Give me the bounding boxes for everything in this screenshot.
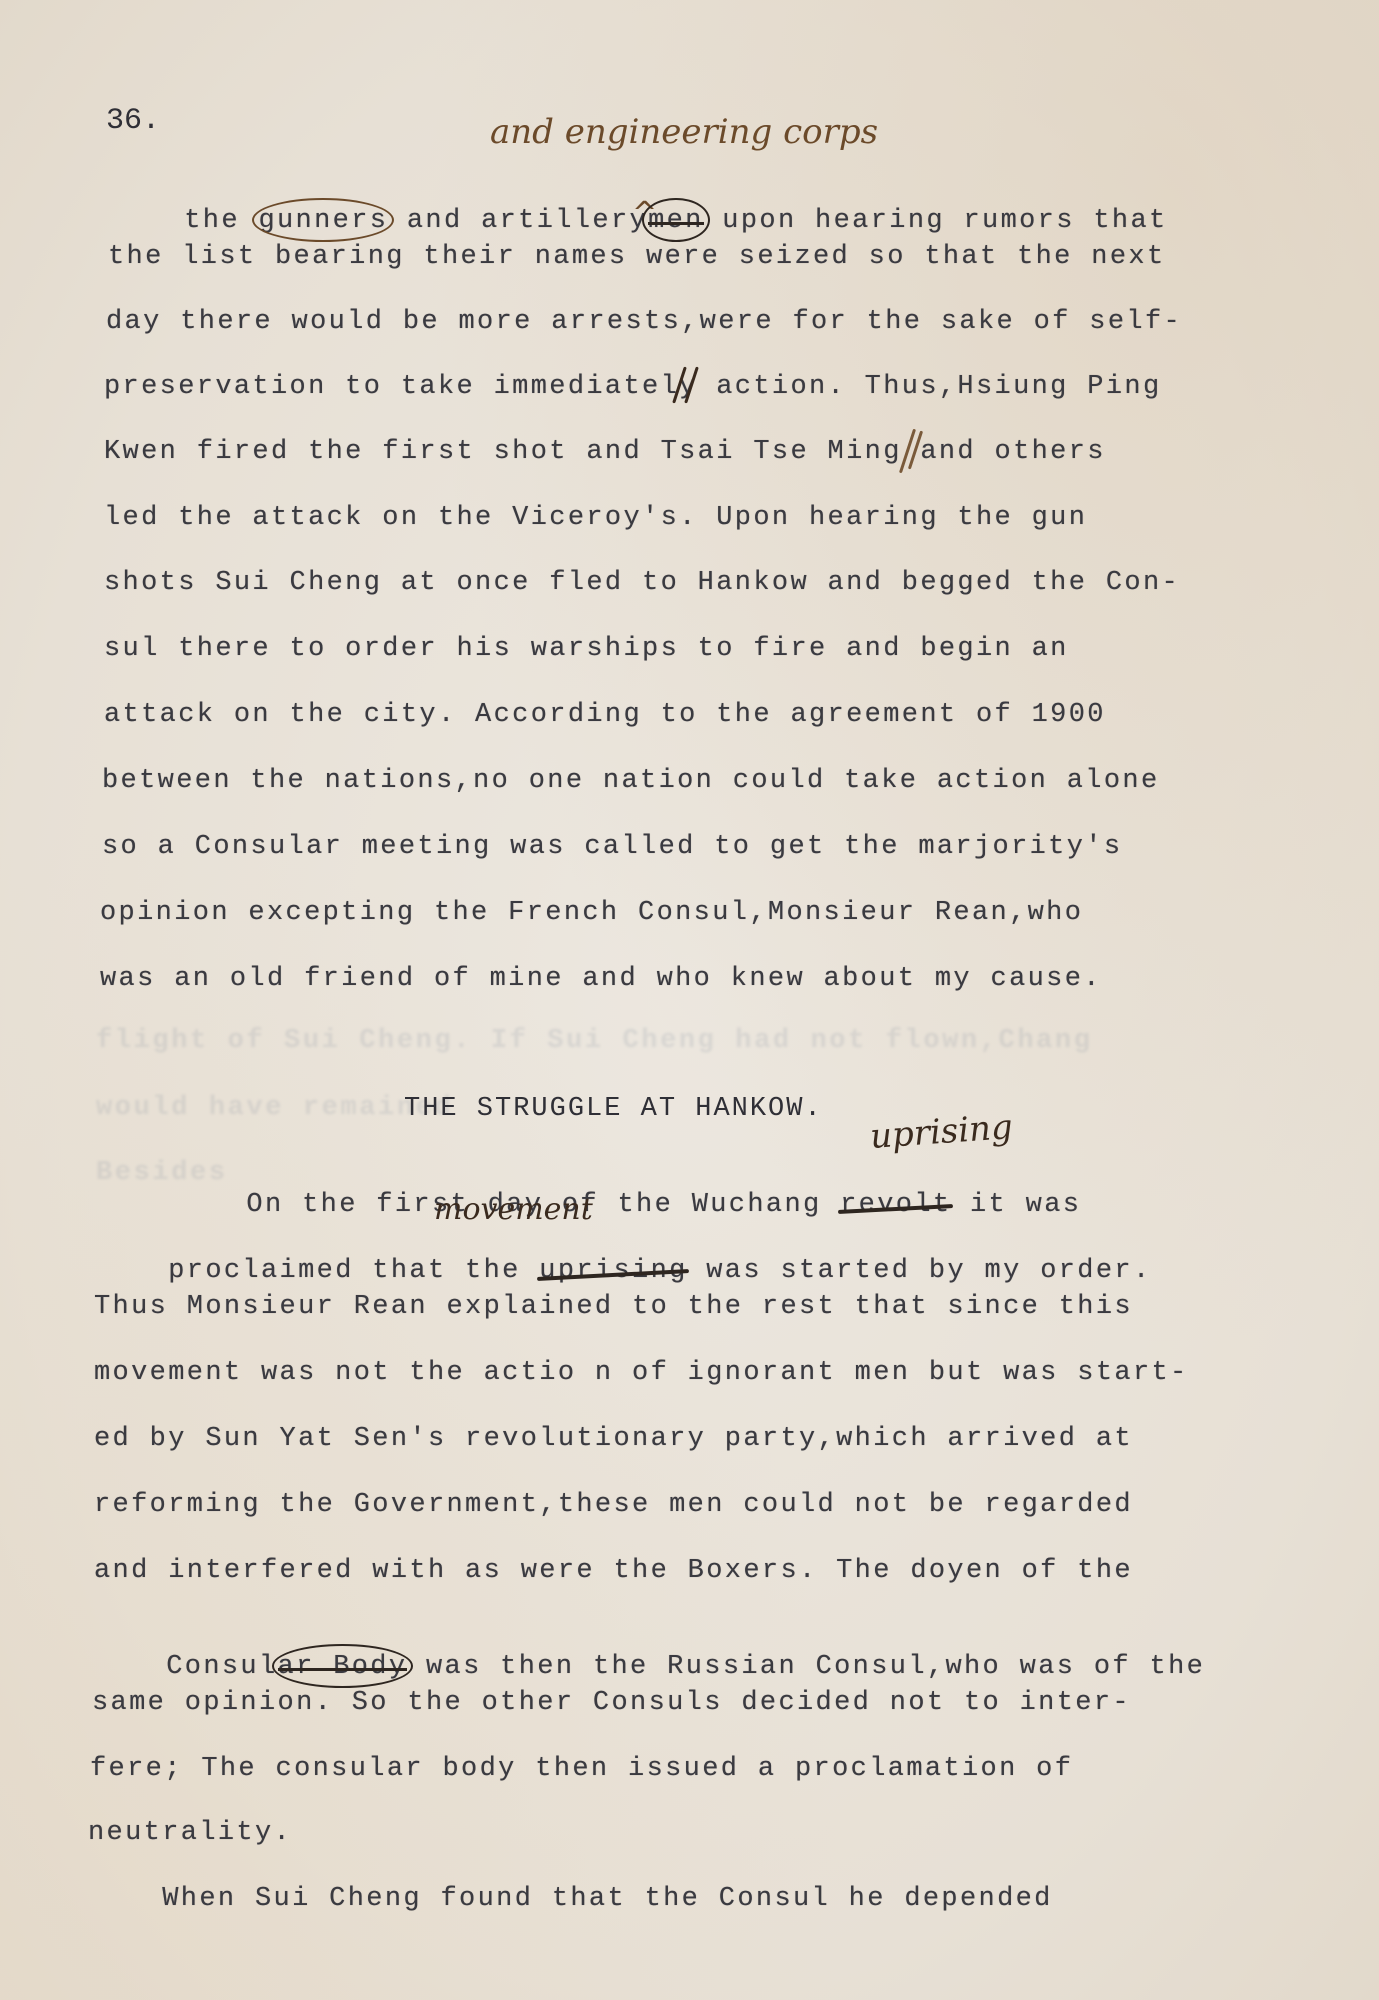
text-line: so a Consular meeting was called to get … (102, 832, 1122, 862)
text-line: Kwen fired the first shot and Tsai Tse M… (104, 437, 1106, 467)
text-line: neutrality. (88, 1818, 292, 1848)
text-line: preservation to take immediately action.… (104, 372, 1162, 402)
deleted-word: uprising (539, 1256, 687, 1286)
text-line: between the nations,no one nation could … (102, 766, 1160, 796)
text-line: was an old friend of mine and who knew a… (100, 964, 1102, 994)
bleed-through-text: would have remained (96, 1093, 453, 1123)
line-fragment: the (184, 206, 258, 236)
bleed-through-text: flight of Sui Cheng. If Sui Cheng had no… (96, 1026, 1093, 1056)
text-line: reforming the Government,these men could… (94, 1490, 1133, 1520)
line-fragment: upon hearing rumors that (704, 206, 1168, 236)
line-fragment: was then the Russian Consul,who was of t… (407, 1652, 1205, 1682)
text-line: shots Sui Cheng at once fled to Hankow a… (104, 568, 1180, 598)
text-line: ed by Sun Yat Sen's revolutionary party,… (94, 1424, 1133, 1454)
text-line: sul there to order his warships to fire … (104, 634, 1069, 664)
text-line: same opinion. So the other Consuls decid… (92, 1688, 1131, 1718)
page-number: 36. (106, 104, 160, 138)
line-fragment: and artillery (388, 206, 648, 236)
document-page: flight of Sui Cheng. If Sui Cheng had no… (0, 0, 1379, 2000)
text-line: opinion excepting the French Consul,Mons… (100, 898, 1083, 928)
text-line: attack on the city. According to the agr… (104, 700, 1106, 730)
circled-word: gunners (258, 206, 388, 236)
section-heading: THE STRUGGLE AT HANKOW. (404, 1094, 823, 1124)
deleted-word: revolt (840, 1190, 951, 1220)
line-fragment: it was (951, 1190, 1081, 1220)
text-line: Thus Monsieur Rean explained to the rest… (94, 1292, 1133, 1322)
handwritten-insertion: and engineering corps (490, 112, 878, 152)
text-line: When Sui Cheng found that the Consul he … (88, 1884, 1053, 1914)
line-fragment: was started by my order. (688, 1256, 1152, 1286)
text-line: movement was not the actio n of ignorant… (94, 1358, 1189, 1388)
text-line: led the attack on the Viceroy's. Upon he… (104, 503, 1087, 533)
text-line: the list bearing their names were seized… (108, 242, 1166, 272)
line-fragment: Consul (166, 1652, 277, 1682)
text-line: day there would be more arrests,were for… (106, 307, 1182, 337)
deleted-word: ar Body (278, 1652, 408, 1682)
text-line: and interfered with as were the Boxers. … (94, 1556, 1133, 1586)
deleted-word: men (648, 206, 704, 236)
handwritten-insertion: uprising (869, 1107, 1014, 1157)
text-line: fere; The consular body then issued a pr… (90, 1754, 1073, 1784)
handwritten-insertion: movement (434, 1192, 593, 1227)
line-fragment: proclaimed that the (168, 1256, 539, 1286)
